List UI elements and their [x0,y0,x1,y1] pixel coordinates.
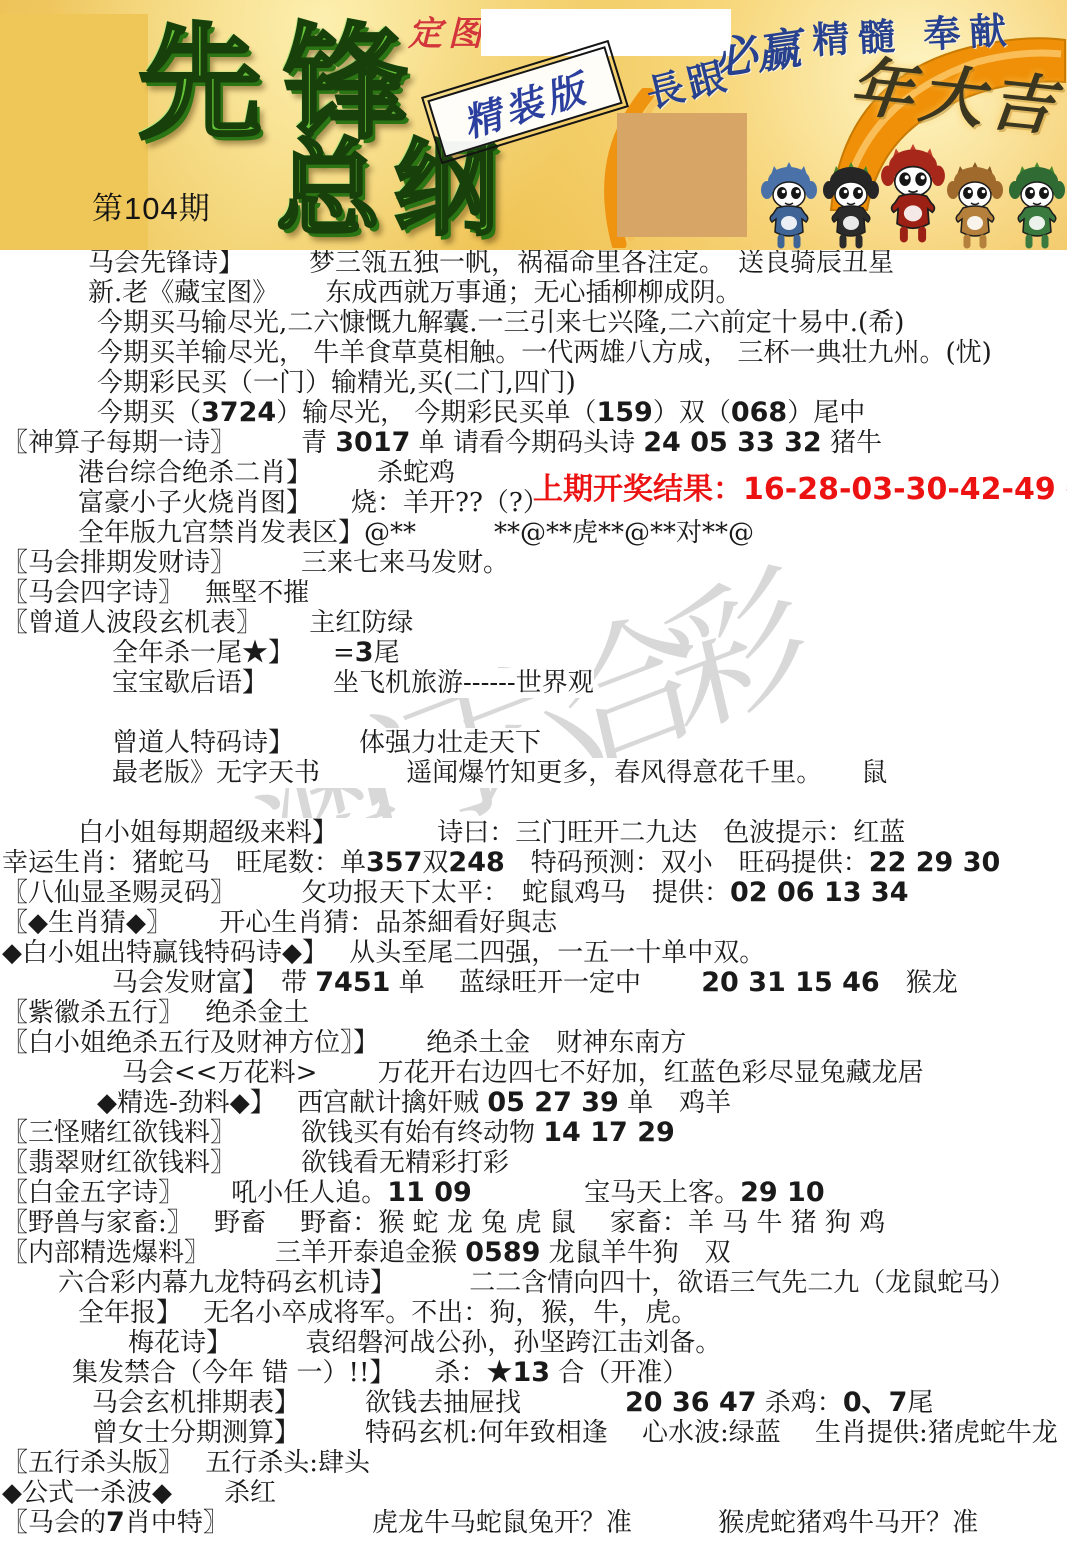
text-line: ◆白小姐出特赢钱特码诗◆】 从头至尾二四强，一五一十单中双。 [0,938,1067,968]
masthead-title-line2: 总纲 [276,138,512,242]
edition-badge-label: 精装版 [455,57,594,147]
text-line: 今期买马输尽光,二六慷慨九解囊.一三引来七兴隆,二六前定十易中.(希) [0,308,1067,338]
body-lines: 马会先锋诗】 梦三瓴五独一帆，祸福命里各注定。 送良骑辰丑星新.老《藏宝图》 东… [0,248,1067,1538]
blank-row [0,698,1067,728]
text-line: 曾女士分期测算】 特码玄机:何年致相逢 心水波:绿蓝 生肖提供:猪虎蛇牛龙 [0,1418,1067,1448]
text-line: 曾道人特码诗】 体强力壮走天下 [0,728,1067,758]
fuwa-beibei-icon [760,162,818,250]
text-line: 今期买羊输尽光， 牛羊食草莫相触。一代两雄八方成， 三杯一典壮九州。(忧) [0,338,1067,368]
fuwa-nini-icon [1008,162,1066,250]
blank-row [0,788,1067,818]
text-line: 〖白小姐绝杀五行及财神方位〗】 绝杀土金 财神东南方 [0,1028,1067,1058]
text-line: 〖马会四字诗〗 無堅不摧 [0,578,1067,608]
text-line: 马会发财富】 带 7451 单 蓝绿旺开一定中 20 31 15 46 猴龙 [0,968,1067,998]
censor-block-tan [617,113,747,237]
banner: 年大吉 先锋 总纲 定图 精装版 必赢 精髓 奉献 長跟 第104期 [0,0,1067,250]
text-line: 马会<<万花料> 万花开右边四七不好加，红蓝色彩尽显兔藏龙居 [0,1058,1067,1088]
masthead-title-line1: 先锋 [138,22,430,146]
last-draw-result: 上期开奖结果：16-28-03-30-42-49 特32 [533,464,1067,508]
fuwa-jingjing-icon [822,162,880,250]
text-line: 新.老《藏宝图》 东成西就万事通；无心插柳柳成阴。 [0,278,1067,308]
text-line: 〖白金五字诗〗 吼小任人追。11 09 宝马天上客。29 10 [0,1178,1067,1208]
text-line: 幸运生肖：猪蛇马 旺尾数：单357双248 特码预测：双小 旺码提供：22 29… [0,848,1067,878]
issue-number: 第104期 [92,183,211,228]
text-line: 〖马会的7肖中特〗 虎龙牛马蛇鼠兔开？准 猴虎蛇猪鸡牛马开？准 [0,1508,1067,1538]
text-line: 〖五行杀头版〗 五行杀头:肆头 [0,1448,1067,1478]
text-line: 〖曾道人波段玄机表〗 主红防绿 [0,608,1067,638]
text-line: 白小姐每期超级来料】 诗曰：三门旺开二九达 色波提示：红蓝 [0,818,1067,848]
text-line: ◆公式一杀波◆ 杀红 [0,1478,1067,1508]
fuwa-huanhuan-icon [880,144,946,244]
text-line: 〖神算子每期一诗〗 青 3017 单 请看今期码头诗 24 05 33 32 猪… [0,428,1067,458]
text-line: 〖三怪赌红欲钱料〗 欲钱买有始有终动物 14 17 29 [0,1118,1067,1148]
text-line: 全年杀一尾★】 =3尾 [0,638,1067,668]
text-line: 〖野兽与家畜:〗 野畜 野畜：猴 蛇 龙 兔 虎 鼠 家畜：羊 马 牛 猪 狗 … [0,1208,1067,1238]
text-line: 今期彩民买（一门）输精光,买(二门,四门) [0,368,1067,398]
text-line: ◆精选-劲料◆】 西宫献计擒奸贼 05 27 39 单 鸡羊 [0,1088,1067,1118]
text-line: 最老版》无字天书 遥闻爆竹知更多，春风得意花千里。 鼠 [0,758,1067,788]
text-line: 〖马会排期发财诗〗 三来七来马发财。 [0,548,1067,578]
text-line: 〖内部精选爆料〗 三羊开泰追金猴 0589 龙鼠羊牛狗 双 [0,1238,1067,1268]
text-line: 集发禁合（今年 错 一）!!】 杀：★13 合（开准） [0,1358,1067,1388]
text-line: 梅花诗】 袁绍磐河战公孙，孙坚跨江击刘备。 [0,1328,1067,1358]
text-line: 马会玄机排期表】 欲钱去抽屉找 20 36 47 杀鸡：0、7尾 [0,1388,1067,1418]
slogan-jingsui: 精髓 奉献 [811,0,1017,64]
fuwa-yingying-icon [946,162,1004,250]
text-line: 全年报】 无名小卒成将军。不出：狗，猴，牛，虎。 [0,1298,1067,1328]
text-line: 宝宝歇后语】 坐飞机旅游------世界观 [0,668,1067,698]
text-line: 〖翡翠财红欲钱料〗 欲钱看无精彩打彩 [0,1148,1067,1178]
dingtu-stamp: 定图 [408,6,488,55]
text-line: 今期买（3724）输尽光， 今期彩民买单（159）双（068）尾中 [0,398,1067,428]
pioneer-lottery-sheet: 年大吉 先锋 总纲 定图 精装版 必赢 精髓 奉献 長跟 第104期 澳门六合彩… [0,0,1067,1545]
text-line: 〖紫徽杀五行〗 绝杀金土 [0,998,1067,1028]
text-line: 六合彩内幕九龙特码玄机诗】 二二含情向四十，欲语三气先二九（龙鼠蛇马） [0,1268,1067,1298]
text-line: 全年版九宫禁肖发表区】@** **@**虎**@**对**@ [0,518,1067,548]
text-line: 马会先锋诗】 梦三瓴五独一帆，祸福命里各注定。 送良骑辰丑星 [0,248,1067,278]
text-line: 〖八仙显圣赐灵码〗 攵功报天下太平： 蛇鼠鸡马 提供：02 06 13 34 [0,878,1067,908]
mascots [760,162,1066,250]
text-line: 〖◆生肖猜◆〗 开心生肖猜：品茶細看好與志 [0,908,1067,938]
